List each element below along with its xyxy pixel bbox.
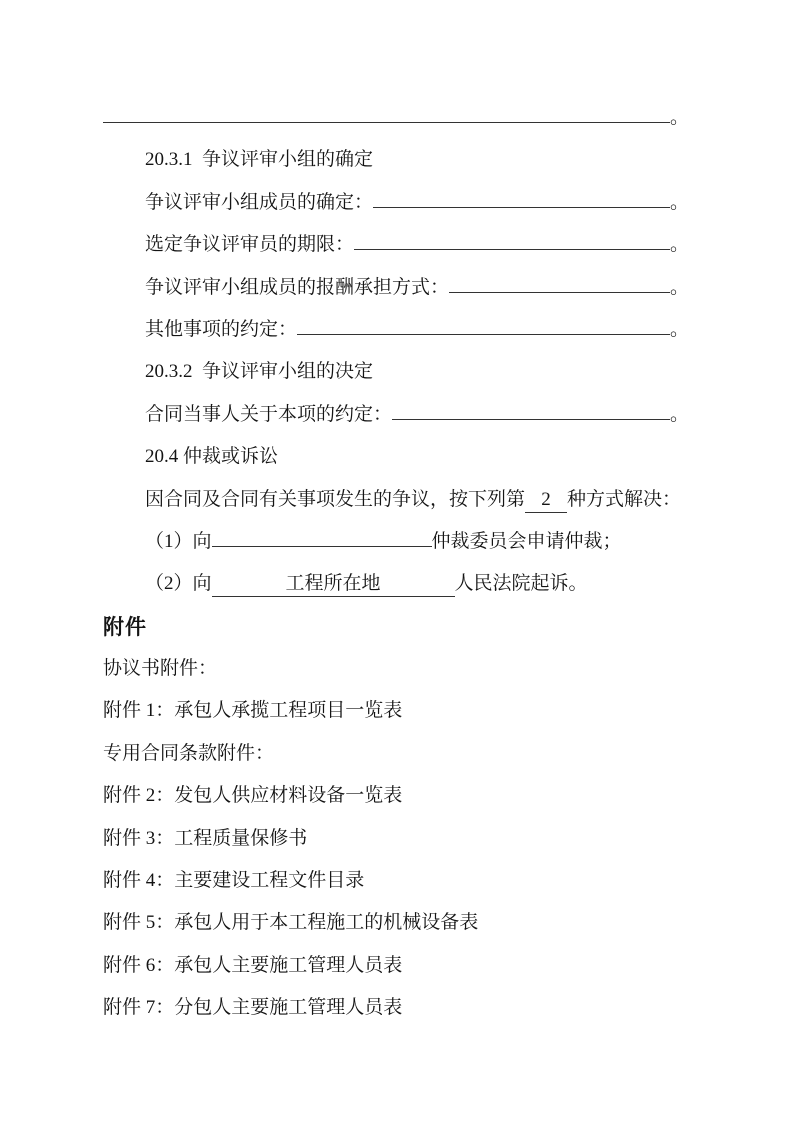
field-row-remuneration: 争议评审小组成员的报酬承担方式： 。 bbox=[103, 267, 689, 309]
attachment-item: 专用合同条款附件： bbox=[103, 733, 689, 775]
attachment-item-text: 附件 5：承包人用于本工程施工的机械设备表 bbox=[103, 902, 478, 944]
attachment-item-text: 附件 1：承包人承揽工程项目一览表 bbox=[103, 690, 402, 732]
period-mark: 。 bbox=[670, 309, 689, 351]
attachment-item-text: 专用合同条款附件： bbox=[103, 733, 274, 775]
clause-title-text: 20.3.1 争议评审小组的确定 bbox=[145, 139, 373, 181]
attachment-item-text: 附件 7：分包人主要施工管理人员表 bbox=[103, 987, 402, 1029]
clause-20-3-1-title: 20.3.1 争议评审小组的确定 bbox=[103, 139, 689, 181]
option1-prefix: （1）向 bbox=[145, 521, 212, 563]
period-mark: 。 bbox=[670, 267, 689, 309]
attachment-item: 附件 5：承包人用于本工程施工的机械设备表 bbox=[103, 902, 689, 944]
field-label: 争议评审小组成员的确定： bbox=[145, 182, 373, 224]
blank-underline bbox=[373, 207, 670, 208]
document-page: 。 20.3.1 争议评审小组的确定 争议评审小组成员的确定： 。 选定争议评审… bbox=[0, 0, 794, 1122]
period-mark: 。 bbox=[670, 97, 689, 139]
attachment-item: 附件 3：工程质量保修书 bbox=[103, 818, 689, 860]
attachment-item: 附件 2：发包人供应材料设备一览表 bbox=[103, 775, 689, 817]
blank-underline bbox=[449, 292, 670, 293]
field-label: 其他事项的约定： bbox=[145, 309, 297, 351]
option1-suffix: 仲裁委员会申请仲裁； bbox=[432, 521, 622, 563]
clause-title-text: 20.4 仲裁或诉讼 bbox=[145, 436, 278, 478]
attachment-item: 附件 1：承包人承揽工程项目一览表 bbox=[103, 690, 689, 732]
attachment-item: 协议书附件： bbox=[103, 648, 689, 690]
clause-20-3-2-title: 20.3.2 争议评审小组的决定 bbox=[103, 351, 689, 393]
attachment-item-text: 附件 6：承包人主要施工管理人员表 bbox=[103, 945, 402, 987]
option2-prefix: （2）向 bbox=[145, 563, 212, 605]
arbitration-option1-row: （1）向 仲裁委员会申请仲裁； bbox=[103, 521, 689, 563]
method-number-field: 2 bbox=[525, 488, 567, 513]
attachment-item-text: 附件 4：主要建设工程文件目录 bbox=[103, 860, 364, 902]
arbitration-commission-blank bbox=[212, 546, 432, 547]
attachments-heading-row: 附件 bbox=[103, 606, 689, 648]
arbitration-intro-suffix: 种方式解决： bbox=[567, 479, 681, 521]
clause-20-4-title: 20.4 仲裁或诉讼 bbox=[103, 436, 689, 478]
blank-underline bbox=[354, 249, 670, 250]
attachment-item-text: 附件 2：发包人供应材料设备一览表 bbox=[103, 775, 402, 817]
arbitration-option2-row: （2）向 工程所在地 人民法院起诉。 bbox=[103, 563, 689, 605]
field-label: 争议评审小组成员的报酬承担方式： bbox=[145, 267, 449, 309]
arbitration-intro-prefix: 因合同及合同有关事项发生的争议，按下列第 bbox=[145, 479, 525, 521]
attachment-item: 附件 7：分包人主要施工管理人员表 bbox=[103, 987, 689, 1029]
field-row-parties-agreement: 合同当事人关于本项的约定： 。 bbox=[103, 394, 689, 436]
arbitration-intro-row: 因合同及合同有关事项发生的争议，按下列第 2 种方式解决： bbox=[103, 479, 689, 521]
attachment-item-text: 协议书附件： bbox=[103, 648, 217, 690]
option2-suffix: 人民法院起诉。 bbox=[455, 563, 588, 605]
period-mark: 。 bbox=[670, 224, 689, 266]
attachment-item-text: 附件 3：工程质量保修书 bbox=[103, 818, 307, 860]
period-mark: 。 bbox=[670, 182, 689, 224]
blank-underline bbox=[392, 419, 670, 420]
continuation-line: 。 bbox=[103, 97, 689, 139]
field-row-other-matters: 其他事项的约定： 。 bbox=[103, 309, 689, 351]
field-row-panel-members: 争议评审小组成员的确定： 。 bbox=[103, 182, 689, 224]
court-location-field: 工程所在地 bbox=[212, 572, 455, 597]
attachment-item: 附件 4：主要建设工程文件目录 bbox=[103, 860, 689, 902]
field-label: 选定争议评审员的期限： bbox=[145, 224, 354, 266]
field-label: 合同当事人关于本项的约定： bbox=[145, 394, 392, 436]
blank-underline bbox=[103, 122, 670, 123]
attachment-item: 附件 6：承包人主要施工管理人员表 bbox=[103, 945, 689, 987]
document-content: 。 20.3.1 争议评审小组的确定 争议评审小组成员的确定： 。 选定争议评审… bbox=[103, 97, 689, 1030]
clause-title-text: 20.3.2 争议评审小组的决定 bbox=[145, 351, 373, 393]
blank-underline bbox=[297, 334, 670, 335]
attachments-heading: 附件 bbox=[103, 606, 147, 648]
period-mark: 。 bbox=[670, 394, 689, 436]
field-row-selection-deadline: 选定争议评审员的期限： 。 bbox=[103, 224, 689, 266]
